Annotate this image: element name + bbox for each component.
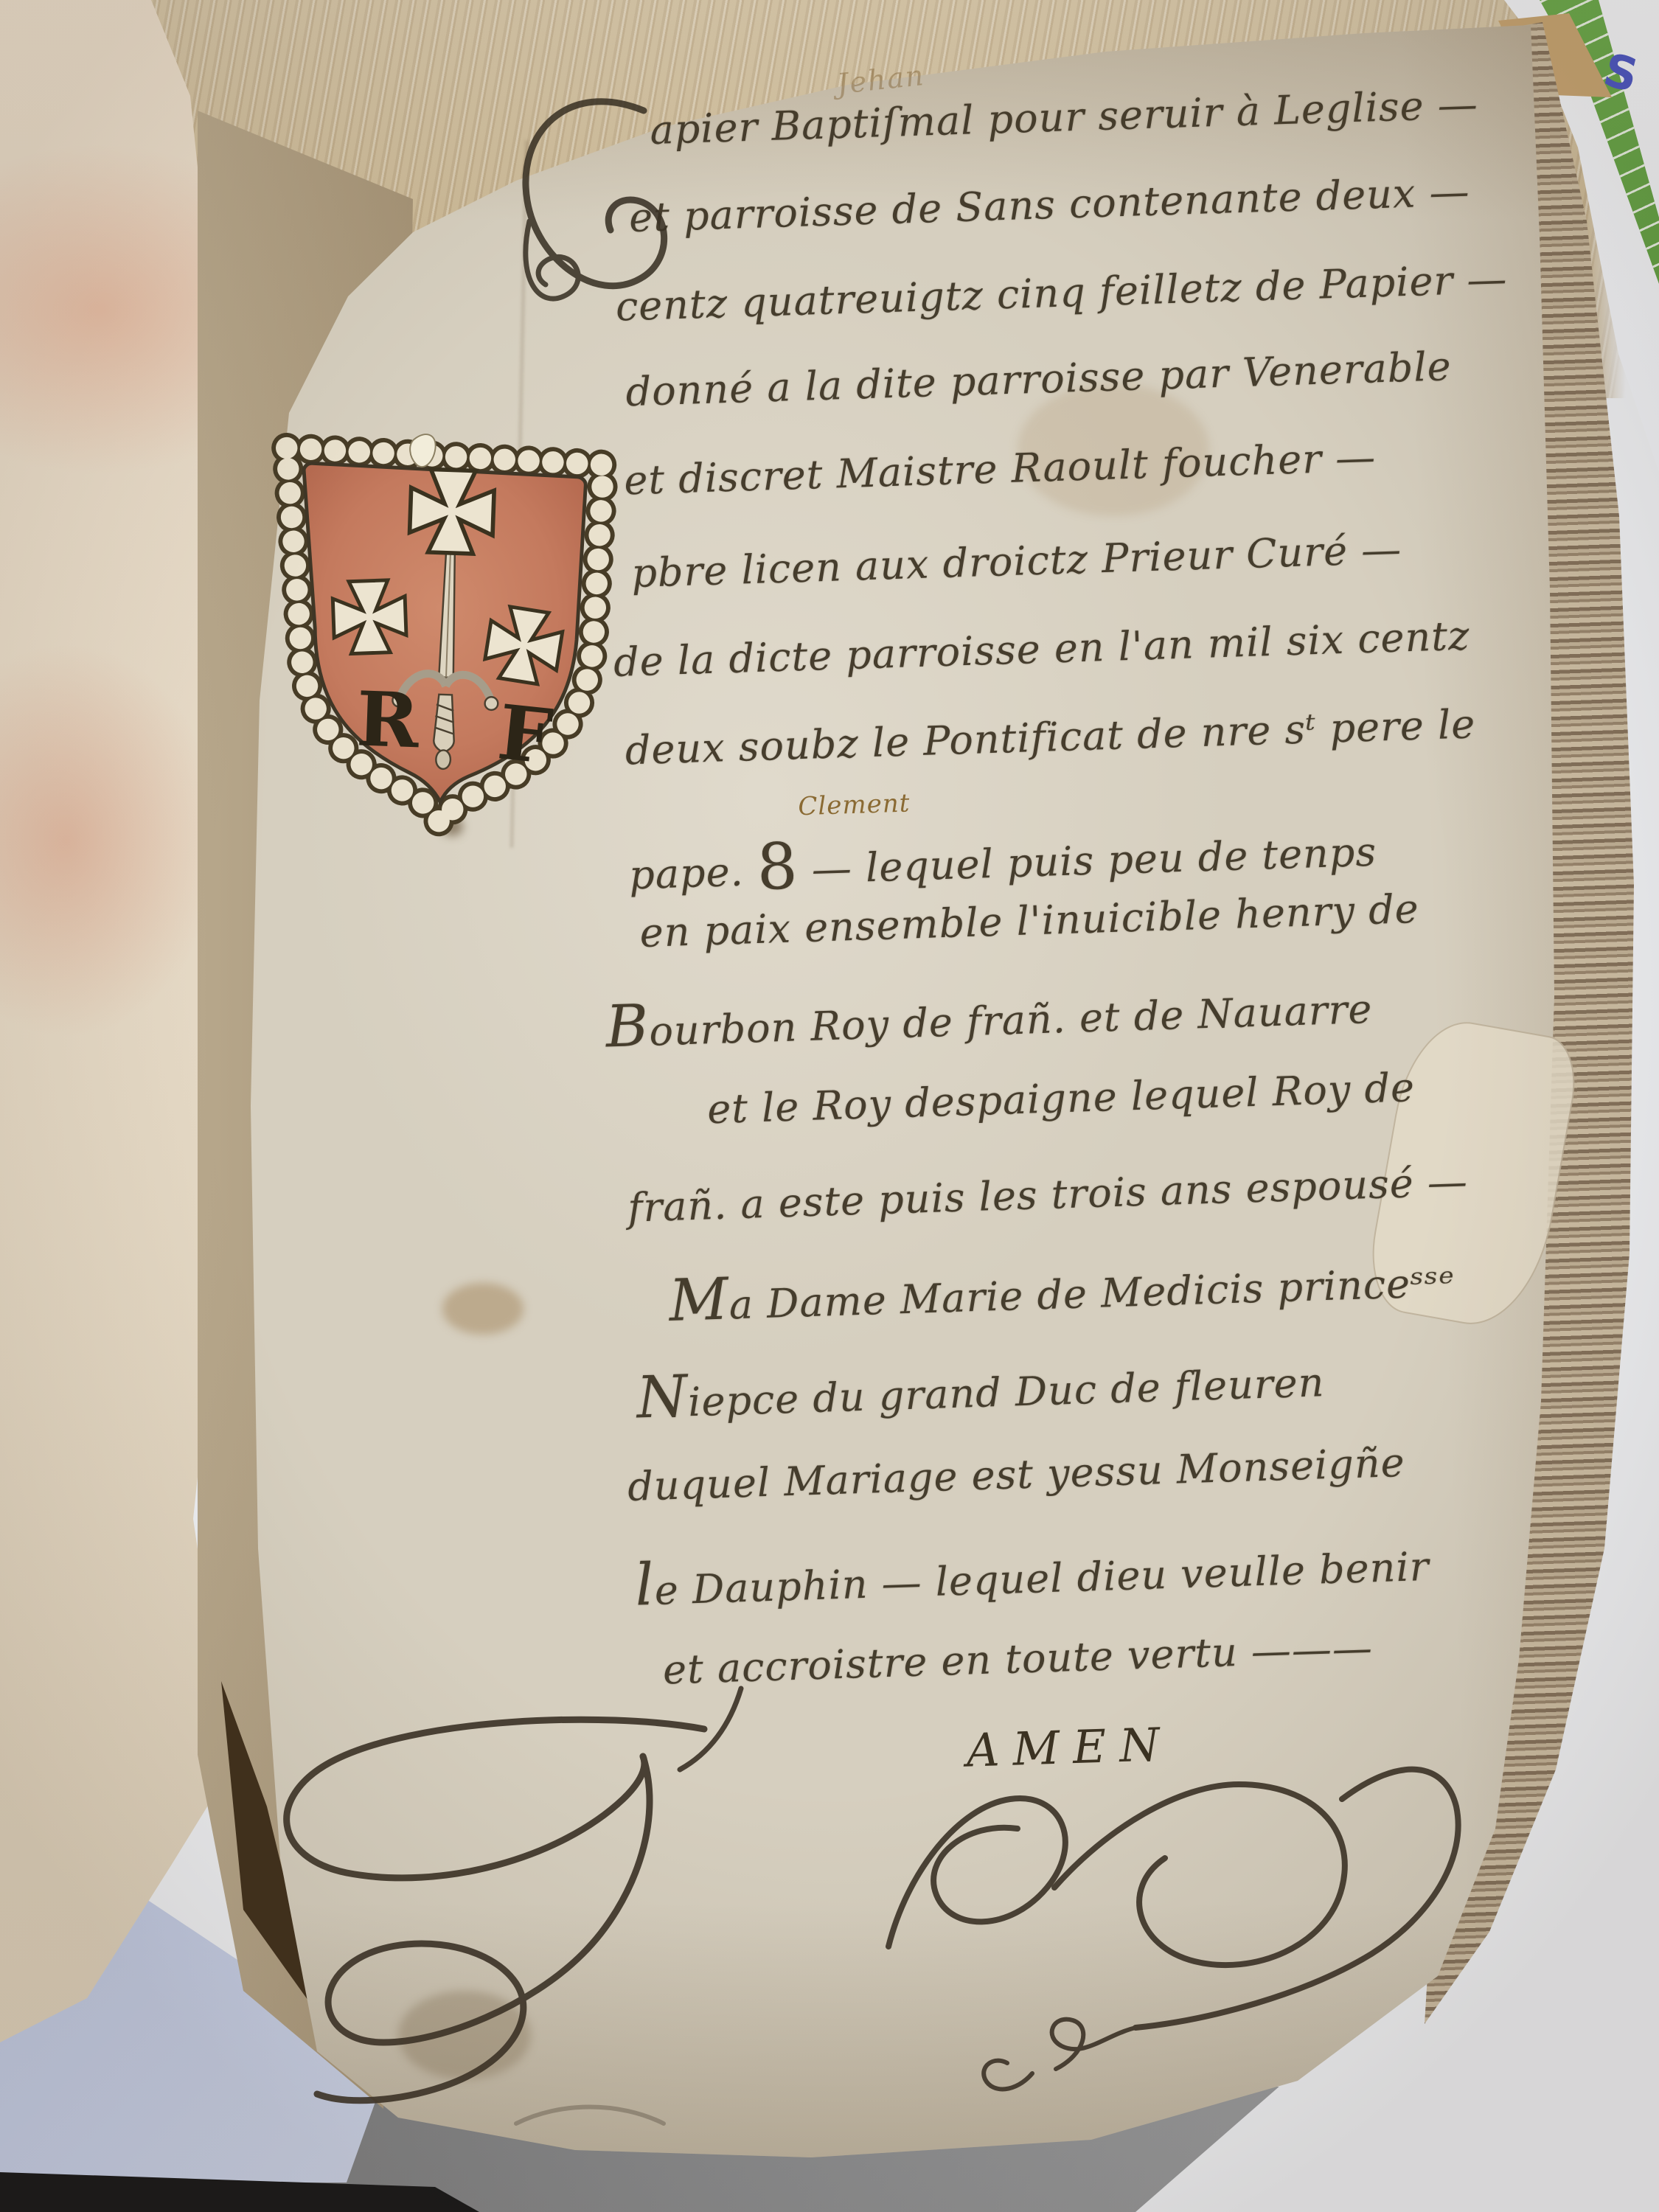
pape-rest: — lequel puis peu de tenps [798, 829, 1377, 894]
shield-letter-right: F [494, 688, 556, 782]
manuscript-line: Niepce du grand Duc de fleuren [636, 1343, 1325, 1431]
manuscript-line: apier Baptiſmal pour seruir à Leglise — [650, 82, 1479, 153]
pape-numeral: 8 [756, 829, 799, 905]
manuscript-line: et le Roy despaigne lequel Roy de [706, 1065, 1416, 1133]
manuscript-text-block: apier Baptiſmal pour seruir à Leglise — … [605, 65, 1658, 1938]
manuscript-line: et parroisse de Sans contenante deux — [628, 169, 1470, 241]
manuscript-line: et accroistre en toute vertu ——— [662, 1625, 1374, 1693]
photograph-of-manuscript: S Jehan [0, 0, 1659, 2212]
manuscript-line: pbre licen aux droictz Prieur Curé — [630, 526, 1402, 597]
manuscript-line: Bourbon Roy de frañ. et de Nauarre [605, 970, 1373, 1061]
manuscript-line: duquel Mariage est yessu Monseigñe [627, 1440, 1405, 1510]
manuscript-line: et discret Maistre Raoult foucher — [623, 434, 1377, 504]
manuscript-line: centz quatreuigtz cinq feilletz de Papie… [615, 257, 1508, 330]
manuscript-line: donné a la dite parroisse par Venerable [625, 344, 1453, 415]
shield-letter-left: R [355, 675, 421, 765]
manuscript-line: Ma Dame Marie de Medicis princeˢˢᵉ [668, 1244, 1455, 1335]
amen-word: AMEN [966, 1717, 1174, 1778]
paper-stain [398, 1991, 531, 2079]
coat-of-arms: R F [230, 392, 650, 848]
paper-stain [442, 1283, 524, 1335]
manuscript-line: deux soubz le Pontificat de nre sᵗ pere … [625, 701, 1476, 773]
interlinear-word: Clement [798, 788, 911, 821]
manuscript-line: le Dauphin — lequel dieu veulle benir [634, 1528, 1430, 1619]
manuscript-line: de la dicte parroisse en l'an mil six ce… [613, 613, 1470, 686]
pape-word: pape. [628, 849, 744, 899]
manuscript-line: frañ. a este puis les trois ans espousé … [627, 1159, 1468, 1231]
